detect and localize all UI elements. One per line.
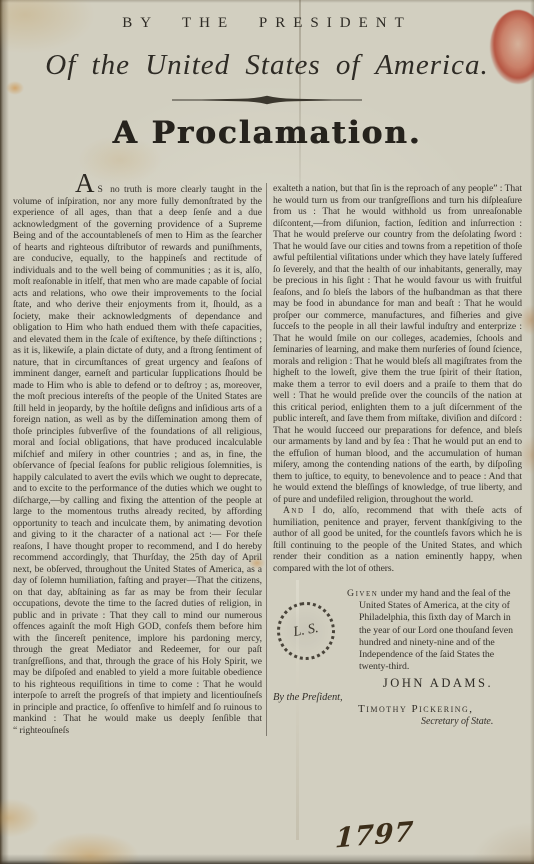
paragraph-2-text: I do, alſo, recommend that with theſe ac… [273,505,522,574]
secretary-name: Timothy Pickering, [358,704,522,716]
proclamation-title: A Proclamation. [0,115,534,151]
by-the-president-attest: By the Preſident, [273,692,522,704]
right-column-paragraph-2: And I do, alſo, recommend that with theſ… [273,505,522,574]
ls-seal-text: L. S. [293,623,320,639]
right-column-paragraph-1: exalteth a nation, but that ſin is the r… [273,183,522,505]
dropcap-initial: A [75,168,98,198]
given-clause: Given under my hand and the ſeal of the … [347,588,522,673]
body-columns: AS no truth is more clearly taught in th… [13,183,525,736]
of-the-united-states-line: Of the United States of America. [0,49,534,82]
given-clause-text: under my hand and the ſeal of the United… [359,588,513,672]
header: BY THE PRESIDENT Of the United States of… [0,0,534,151]
dropcap-second-letter: S [98,184,106,195]
proclamation-broadside: BY THE PRESIDENT Of the United States of… [0,0,534,864]
and-small-caps: And [283,505,305,516]
by-the-president-line: BY THE PRESIDENT [0,15,534,32]
handwritten-year-annotation: 1797 [334,816,414,854]
john-adams-signature: JOHN ADAMS. [343,678,533,690]
left-column: AS no truth is more clearly taught in th… [13,183,262,736]
left-column-text: no truth is more clearly taught in the v… [13,184,262,736]
attestation-block: L. S. Given under my hand and the ſeal o… [273,588,522,673]
ls-seal-circle: L. S. [272,597,339,664]
left-column-paragraph: AS no truth is more clearly taught in th… [13,183,262,736]
tapered-rule-ornament [172,94,362,106]
right-column: exalteth a nation, but that ſin is the r… [266,183,522,736]
secretary-title: Secretary of State. [421,716,522,728]
given-small-caps: Given [347,588,378,599]
